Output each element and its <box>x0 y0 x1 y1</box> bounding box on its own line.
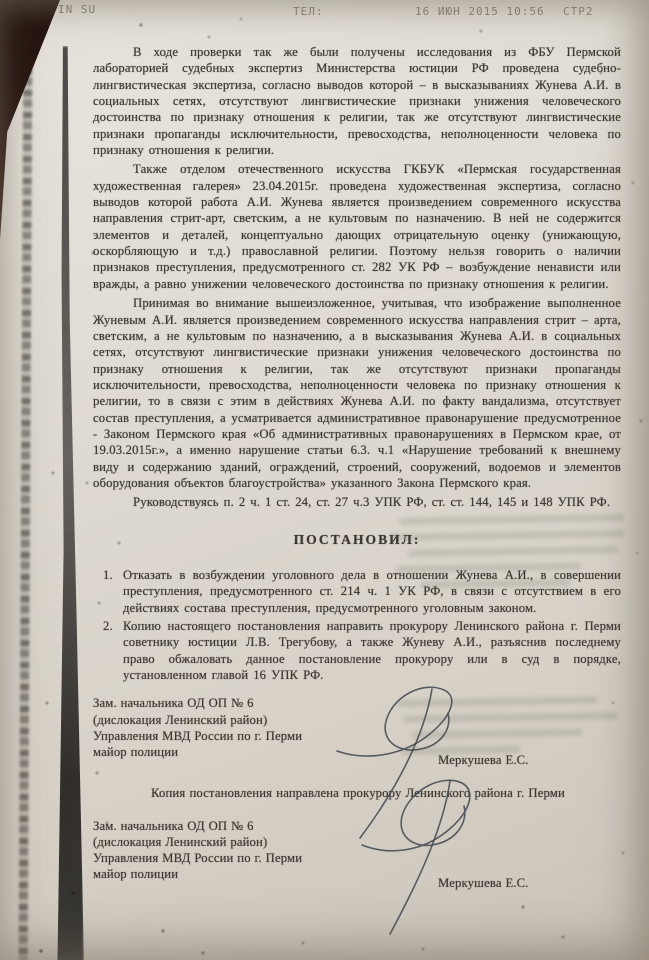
fax-station-id: IN SU <box>58 3 96 16</box>
item-number: 2. <box>103 618 123 683</box>
paragraph-expertise-linguistic: В ходе проверки так же были получены исс… <box>93 44 621 158</box>
paragraph-legal-basis: Руководствуясь п. 2 ч. 1 ст. 24, ст. 27 … <box>93 494 621 510</box>
fax-tel-label: ТЕЛ: <box>293 5 324 18</box>
item-text: Копию настоящего постановления направить… <box>123 618 621 683</box>
scanned-document-page: IN SU ТЕЛ: 16 ИЮН 2015 10:56 СТР2 В ходе… <box>0 0 649 960</box>
resolution-item-2: 2. Копию настоящего постановления направ… <box>93 618 621 683</box>
signer-title-line: майор полиции <box>93 744 621 760</box>
scan-smudge-stripe-outer <box>19 46 33 960</box>
scan-smudge-stripe-inner <box>50 46 84 960</box>
page-corner-fold <box>0 0 60 240</box>
signer-title-line: Зам. начальника ОД ОП № 6 <box>93 695 621 711</box>
item-number: 1. <box>103 567 123 616</box>
signature-block-2: Зам. начальника ОД ОП № 6 (дислокация Ле… <box>93 818 621 896</box>
signer-title-line: (дислокация Ленинский район) <box>93 712 621 728</box>
signer-title-line: Зам. начальника ОД ОП № 6 <box>93 818 621 834</box>
fax-datetime: 16 ИЮН 2015 10:56 <box>415 5 545 18</box>
signer-name: Меркушева Е.С. <box>438 875 529 891</box>
signer-title-line: майор полиции <box>93 866 621 882</box>
signature-block-1: Зам. начальника ОД ОП № 6 (дислокация Ле… <box>93 695 621 773</box>
item-text: Отказать в возбуждении уголовного дела в… <box>123 567 621 616</box>
signer-title-line: Управления МВД России по г. Перми <box>93 850 621 866</box>
document-body: В ходе проверки так же были получены исс… <box>93 44 621 896</box>
paragraph-expertise-art: Также отделом отечественного искусства Г… <box>93 161 621 292</box>
fax-header: IN SU ТЕЛ: 16 ИЮН 2015 10:56 СТР2 <box>0 3 649 19</box>
resolution-items: 1. Отказать в возбуждении уголовного дел… <box>93 567 621 683</box>
resolution-heading: ПОСТАНОВИЛ: <box>93 532 621 548</box>
signer-title-line: (дислокация Ленинский район) <box>93 834 621 850</box>
fax-page-number: СТР2 <box>563 5 594 18</box>
resolution-item-1: 1. Отказать в возбуждении уголовного дел… <box>93 567 621 616</box>
signer-title-line: Управления МВД России по г. Перми <box>93 728 621 744</box>
paragraph-conclusion: Принимая во внимание вышеизложенное, учи… <box>93 295 621 491</box>
copy-sent-note: Копия постановления направлена прокурору… <box>93 785 621 801</box>
signer-name: Меркушева Е.С. <box>438 752 529 768</box>
